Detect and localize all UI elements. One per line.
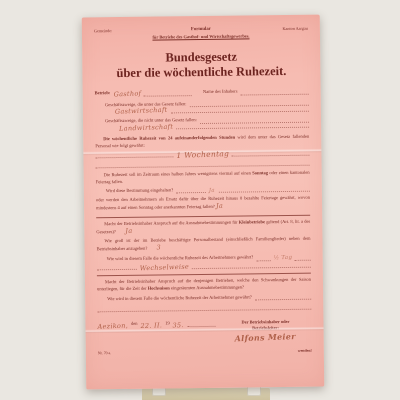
q1-answer: Ja xyxy=(209,189,215,195)
q3-paragraph: Macht der Betriebsinhaber Anspruch auf d… xyxy=(96,218,310,235)
gemeinde-label: Gemeinde: xyxy=(94,27,191,34)
q1-fill xyxy=(176,188,206,193)
kanton-label: Kanton Aargau xyxy=(211,26,308,33)
ruhezeit-empty-line xyxy=(96,161,310,169)
q2-label: oder werden den Arbeitnehmern als Ersatz… xyxy=(96,195,310,210)
formular-label: Formular xyxy=(191,26,211,33)
q1-label: Wird diese Bestimmung eingehalten? xyxy=(106,187,174,195)
q7-row: Wie wird in diesem Falle die wöchentlich… xyxy=(107,293,311,302)
q3-bold: Kleinbetriebe xyxy=(239,219,265,224)
form-paper: Gemeinde: Formular Kanton Aargau für Bet… xyxy=(82,15,325,390)
q5-label: Wie wird in diesem Falle die wöchentlich… xyxy=(107,254,254,263)
date-block: Aezikon, den 22. II. 19 35. xyxy=(97,320,215,328)
ruhezeit-value: 1 Wochentag xyxy=(176,150,229,160)
signature-block: Der Betriebsinhaber oder Betriebsleiter:… xyxy=(219,319,311,343)
betrieb-fill-line xyxy=(144,91,192,97)
q5-answer2-row: Wechselweise xyxy=(97,262,311,270)
ruhezeit-empty-fill xyxy=(96,161,310,169)
section-divider-1 xyxy=(96,214,310,218)
zweige-unter-value-row: Gastwirtschaft xyxy=(105,106,309,114)
q2-paragraph: oder werden den Arbeitnehmern als Ersatz… xyxy=(96,195,310,212)
zweige-unter-value: Gastwirtschaft xyxy=(115,107,168,116)
q5-answer: ½ Tag xyxy=(273,256,292,262)
photo-scene: Gemeinde: Formular Kanton Aargau für Bet… xyxy=(0,0,400,400)
q4-answer: 3 xyxy=(148,244,161,251)
zweige-nicht-value-row: Landwirtschaft xyxy=(105,122,309,130)
q2-answer: Ja xyxy=(216,203,223,210)
q5-row: Wie wird in diesem Falle die wöchentlich… xyxy=(107,253,311,262)
form-number: Nr. 70 a. xyxy=(98,351,111,357)
ruhezeit-value-row: 1 Wochentag xyxy=(95,149,309,158)
zweige-nicht-value: Landwirtschaft xyxy=(119,123,173,132)
q5-fill2 xyxy=(295,255,311,260)
betrieb-value: Gasthof xyxy=(113,90,141,98)
q1-row: Wird diese Bestimmung eingehalten? Ja xyxy=(106,185,310,194)
betrieb-label: Betrieb: xyxy=(95,90,111,97)
year-prefix: 19 xyxy=(165,321,170,328)
ruhezeit-paragraph: Die wöchentliche Ruhezeit von 24 aufeina… xyxy=(95,134,309,150)
sonntag-bold: Sonntag xyxy=(252,170,268,175)
sonntag-paragraph: Die Ruhezeit soll im Zeitraum eines halb… xyxy=(96,170,310,186)
q6-part2: eingeräumten Ausnahmebestimmungen? xyxy=(170,284,244,290)
q5-fill xyxy=(256,256,270,261)
zweige-unter-value-fill xyxy=(170,106,308,113)
year-value: 35. xyxy=(173,322,184,329)
q1-fill2 xyxy=(218,187,310,193)
den-label: den xyxy=(131,321,138,328)
q7-empty-fill xyxy=(97,305,311,313)
q4-label: Wie groß ist der im Betriebe beschäftigt… xyxy=(97,236,311,251)
betrieb-row: Betrieb: Gasthof Name des Inhabers xyxy=(95,87,309,96)
signature: Alfons Meier xyxy=(235,332,296,342)
inhaber-fill-line xyxy=(241,89,309,95)
place-value: Aezikon, xyxy=(97,322,128,330)
q5-answer2-fill-right xyxy=(192,263,311,269)
q7-empty-line xyxy=(97,305,311,313)
zweige-nicht-value-fill xyxy=(176,123,309,130)
q4-paragraph: Wie groß ist der im Betriebe beschäftigt… xyxy=(96,236,310,253)
section-divider-2 xyxy=(97,273,311,277)
turn-note: wenden! xyxy=(298,349,312,355)
footer-row: Aezikon, den 22. II. 19 35. Der Betriebs… xyxy=(97,319,311,344)
q6-paragraph: Macht der Betriebsinhaber Anspruch auf d… xyxy=(97,277,311,293)
ruhezeit-lead-bold: Die wöchentliche Ruhezeit von 24 aufeina… xyxy=(103,135,235,142)
inhaber-label: Name des Inhabers xyxy=(203,88,238,95)
signer-label-line2: Betriebsleiter: xyxy=(220,325,312,332)
formular-subtitle: für Betriebe des Gasthof- und Wirtschaft… xyxy=(94,33,308,42)
date-value: 22. II. xyxy=(140,322,162,329)
q6-bold: Hochsaison xyxy=(148,285,170,290)
ruhezeit-fill-right xyxy=(232,151,310,157)
q3-part1: Macht der Betriebsinhaber Anspruch auf d… xyxy=(104,219,239,226)
bottom-row: Nr. 70 a. wenden! xyxy=(98,349,312,357)
q7-fill xyxy=(255,295,312,301)
q7-label: Wie wird in diesem Falle die wöchentlich… xyxy=(107,294,252,303)
q5-answer2: Wechselweise xyxy=(140,263,190,271)
form-title-line2: über die wöchentliche Ruhezeit. xyxy=(94,63,308,81)
q3-answer: Ja xyxy=(117,227,132,234)
ruhezeit-fill-left xyxy=(95,152,173,158)
date-fill xyxy=(187,322,216,327)
sonntag-part1: Die Ruhezeit soll im Zeitraum eines halb… xyxy=(104,170,253,177)
q5-answer2-fill-left xyxy=(97,265,137,270)
